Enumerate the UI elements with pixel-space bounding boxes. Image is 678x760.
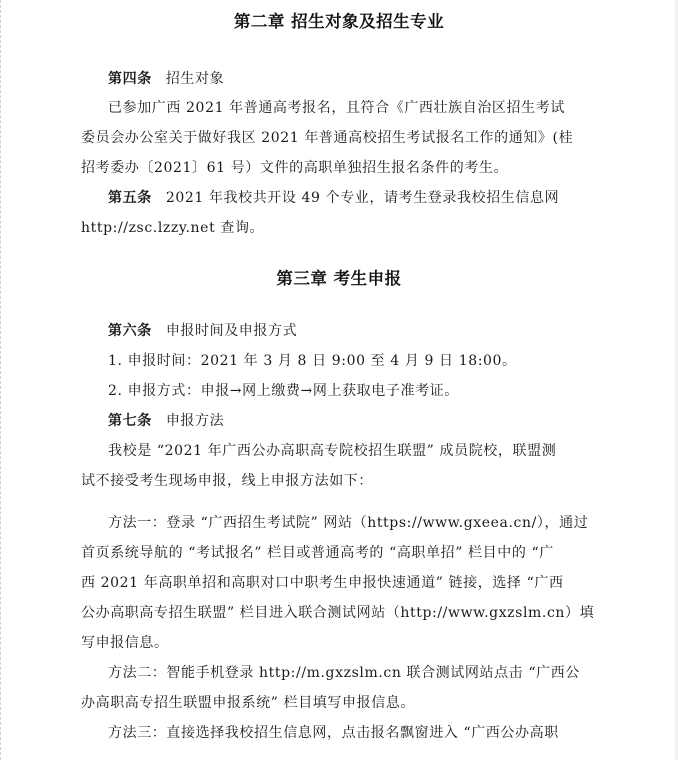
chapter-2-title: 第二章 招生对象及招生专业 bbox=[0, 8, 678, 32]
article-6-item-1: 1. 申报时间：2021 年 3 月 8 日 9:00 至 4 月 9 日 18… bbox=[108, 350, 517, 370]
method-1-line-4: 公办高职高专招生联盟” 栏目进入联合测试网站（http://www.gxzslm… bbox=[81, 602, 594, 622]
article-5-line-2: http://zsc.lzzy.net 查询。 bbox=[81, 217, 264, 237]
article-7-label: 第七条 bbox=[108, 413, 152, 429]
chapter-3-title: 第三章 考生申报 bbox=[0, 265, 678, 289]
article-6-item-2: 2. 申报方式：申报→网上缴费→网上获取电子准考证。 bbox=[108, 380, 459, 400]
article-4-label: 第四条 bbox=[108, 71, 152, 87]
article-5-label: 第五条 bbox=[108, 190, 152, 206]
method-3-line-1: 方法三：直接选择我校招生信息网，点击报名飘窗进入 “广西公办高职 bbox=[108, 722, 559, 742]
article-7-heading: 第七条申报方法 bbox=[108, 410, 224, 430]
article-4-line-3: 招考委办〔2021〕61 号）文件的高职单独招生报名条件的考生。 bbox=[81, 157, 508, 177]
article-6-heading: 第六条申报时间及申报方式 bbox=[108, 320, 297, 340]
article-4-line-1: 已参加广西 2021 年普通高考报名，且符合《广西壮族自治区招生考试 bbox=[108, 97, 565, 117]
article-6-heading-text: 申报时间及申报方式 bbox=[166, 323, 297, 339]
article-4-line-2: 委员会办公室关于做好我区 2021 年普通高校招生考试报名工作的通知》(桂 bbox=[81, 127, 573, 147]
article-7-intro-2: 试不接受考生现场申报，线上申报方法如下： bbox=[81, 470, 373, 490]
article-4-heading-text: 招生对象 bbox=[166, 71, 224, 87]
method-2-line-1: 方法二：智能手机登录 http://m.gxzslm.cn 联合测试网站点击 “… bbox=[108, 662, 580, 682]
article-6-label: 第六条 bbox=[108, 323, 152, 339]
method-2-line-2: 办高职高专招生联盟申报系统” 栏目填写申报信息。 bbox=[81, 692, 415, 712]
article-5-line-1: 第五条2021 年我校共开设 49 个专业，请考生登录我校招生信息网 bbox=[108, 187, 559, 207]
method-1-line-3: 西 2021 年高职单招和高职对口中职考生申报快速通道” 链接，选择 “广西 bbox=[81, 572, 564, 592]
article-4-heading: 第四条招生对象 bbox=[108, 68, 224, 88]
article-7-heading-text: 申报方法 bbox=[166, 413, 224, 429]
method-1-line-1: 方法一：登录 “广西招生考试院” 网站（https://www.gxeea.cn… bbox=[108, 512, 588, 532]
article-7-intro-1: 我校是 “2021 年广西公办高职高专院校招生联盟” 成员院校，联盟测 bbox=[108, 440, 556, 460]
method-1-line-2: 首页系统导航的 “考试报名” 栏目或普通高考的 “高职单招” 栏目中的 “广 bbox=[81, 542, 554, 562]
method-1-line-5: 写申报信息。 bbox=[81, 632, 169, 652]
document-page: 第二章 招生对象及招生专业 第四条招生对象 已参加广西 2021 年普通高考报名… bbox=[0, 0, 678, 760]
article-5-text: 2021 年我校共开设 49 个专业，请考生登录我校招生信息网 bbox=[166, 190, 559, 206]
